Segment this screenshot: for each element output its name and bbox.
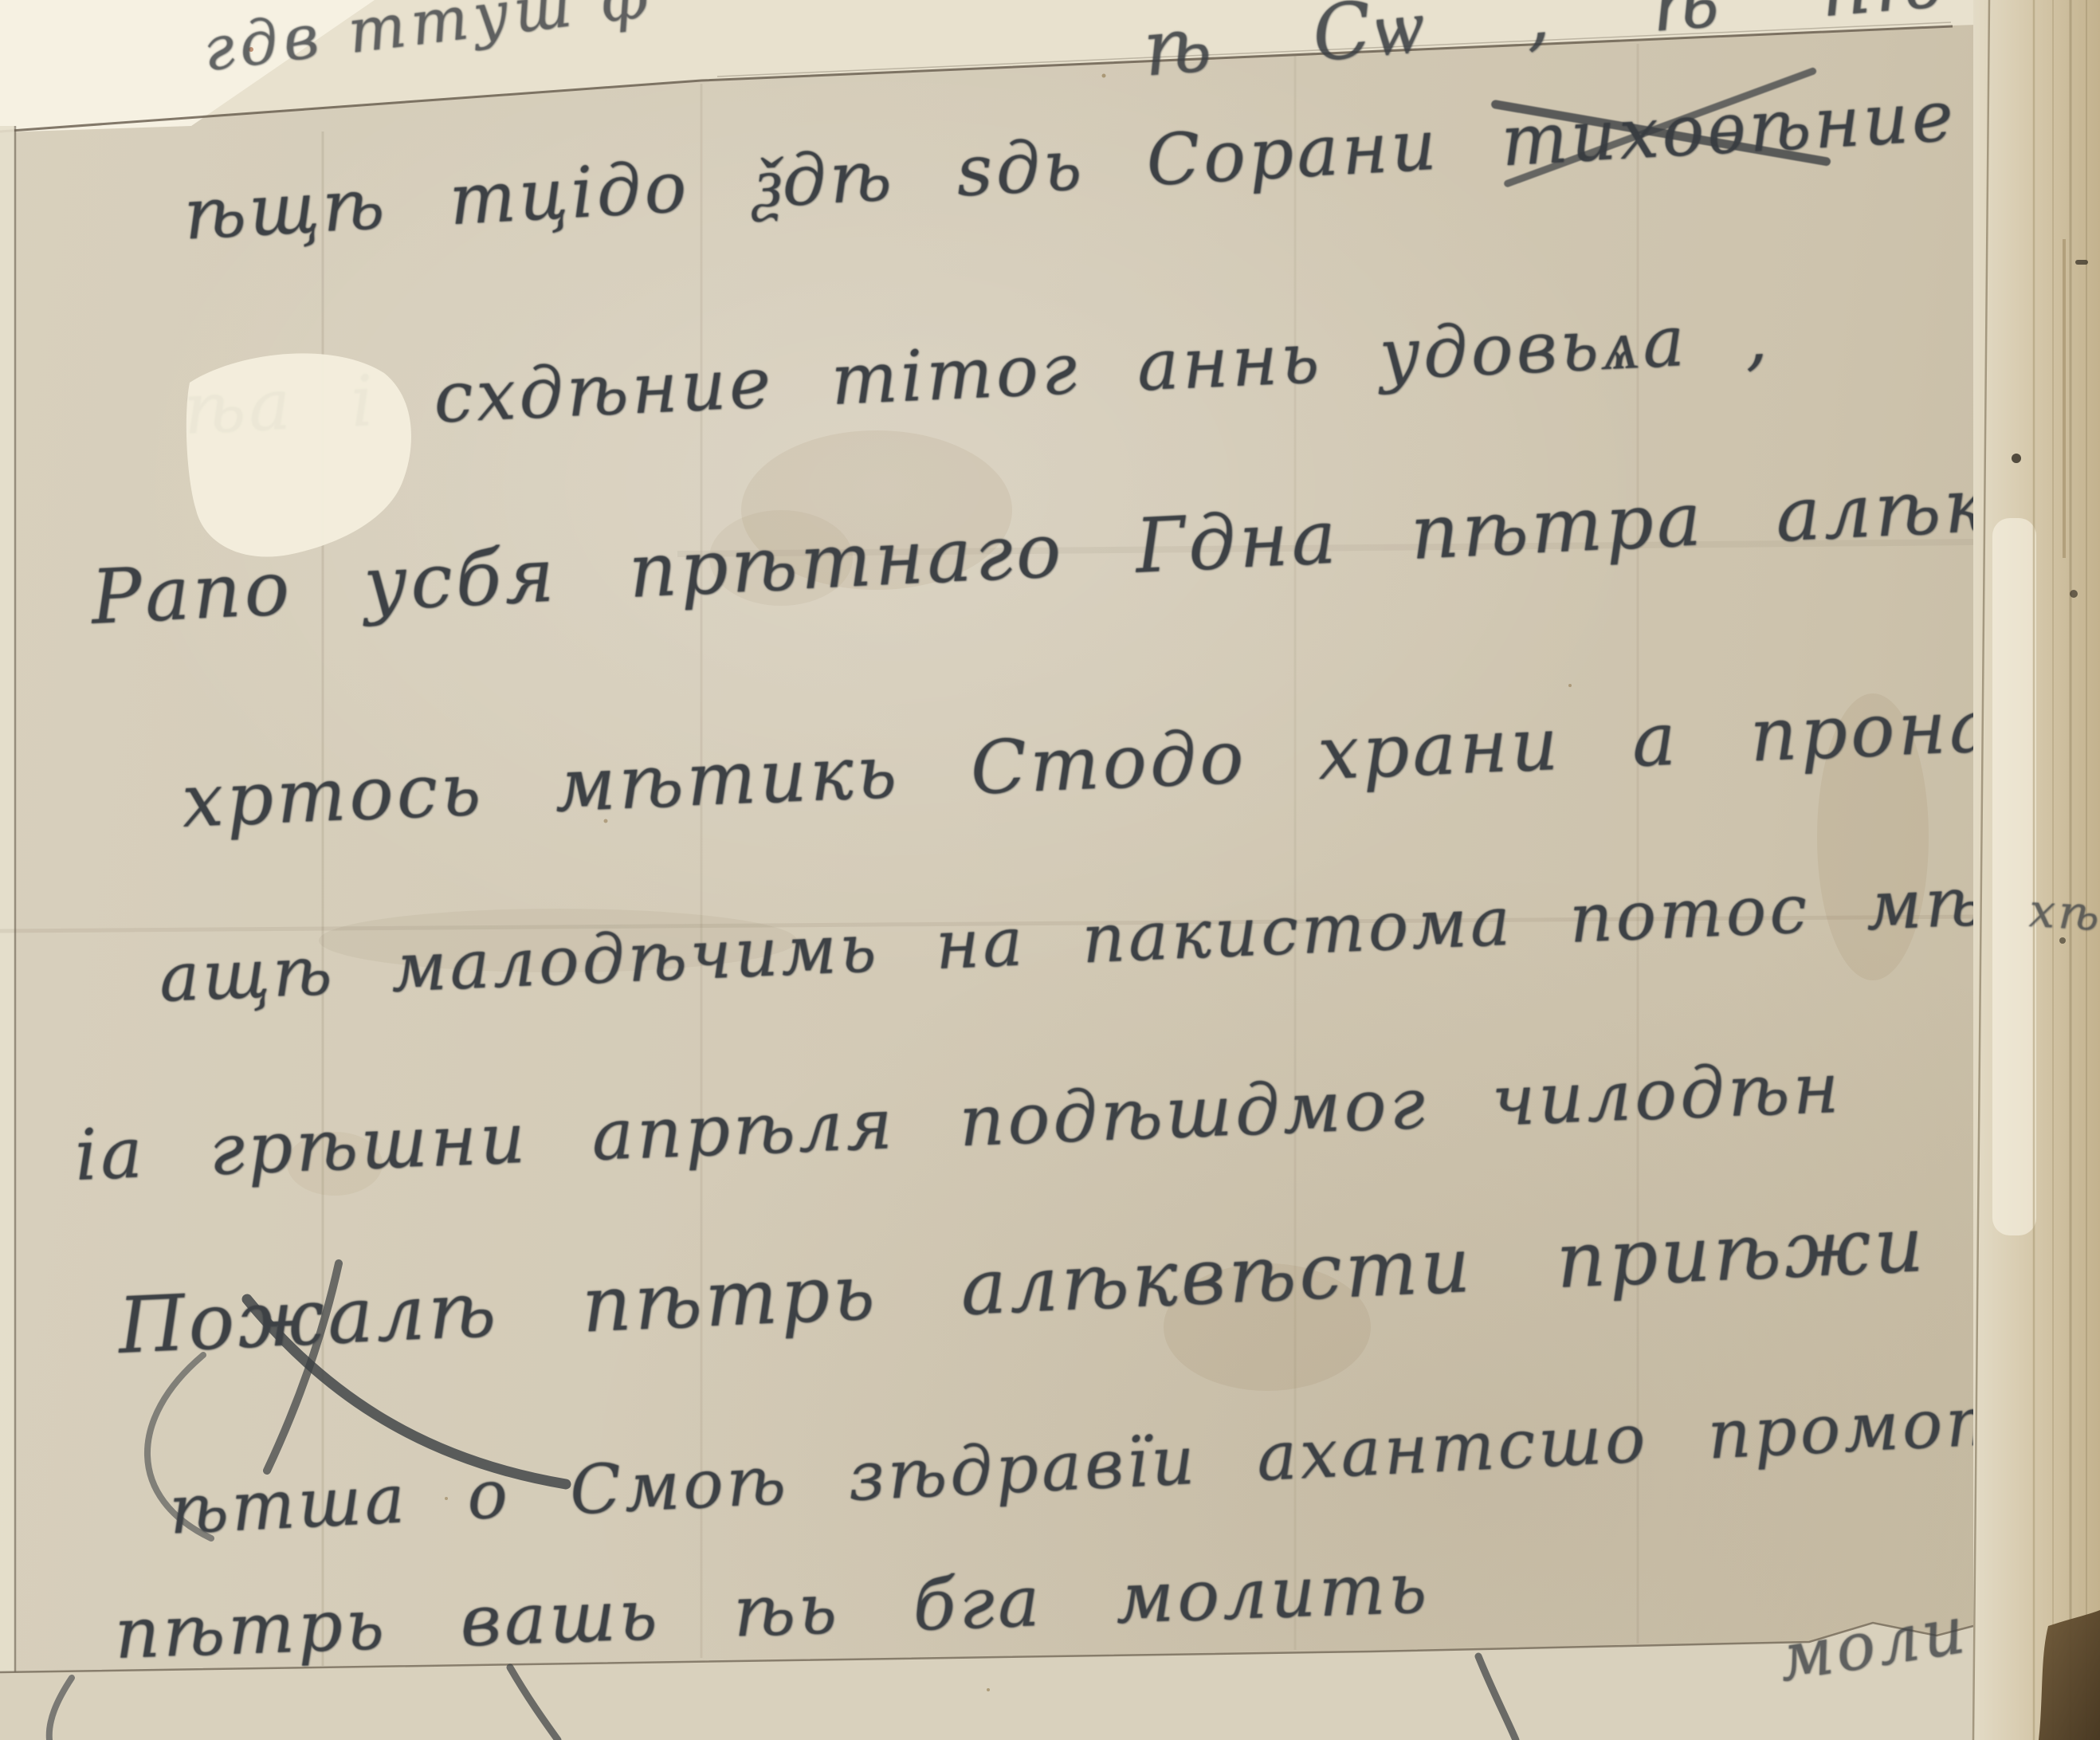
binding-board [2039,1610,2100,1740]
fore-edge-ink-speck [2075,260,2088,265]
fore-edge-ink-speck [2070,590,2078,598]
fore-edge-highlight [1992,518,2036,1235]
repair-patch [186,353,411,556]
fore-edge-ink-speck [2012,454,2021,463]
paper-decor-over [0,0,2100,1740]
manuscript-scan: гдв ттуш ф ѣ Сѡ , ѣ нѣ ѣщѣ тцідо ѯдѣ ѕдь… [0,0,2100,1740]
fore-edge-ink-speck [2059,937,2066,944]
